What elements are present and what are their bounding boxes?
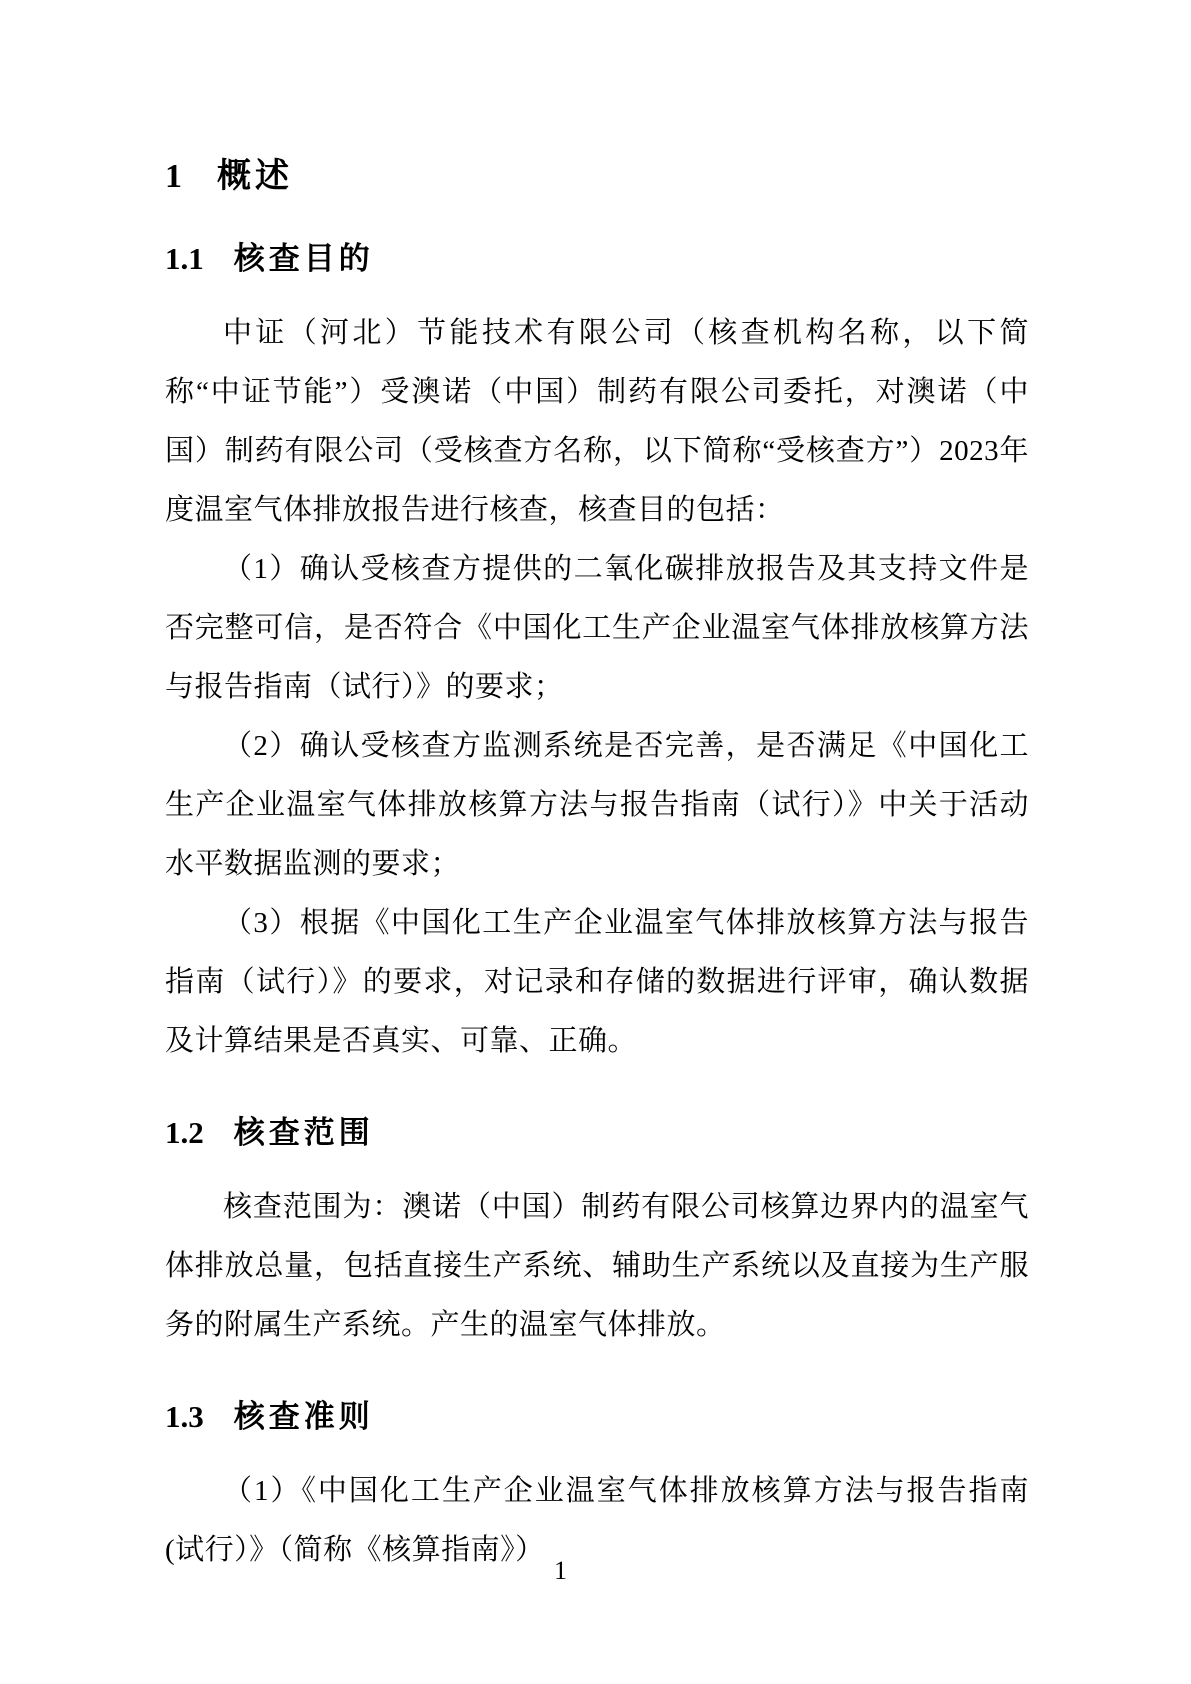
heading-scope-title: 核查范围 xyxy=(234,1115,374,1150)
heading-scope-number: 1.2 xyxy=(165,1115,204,1150)
heading-criteria-number: 1.3 xyxy=(165,1399,204,1434)
document-page: 1概述 1.1核查目的 中证（河北）节能技术有限公司（核查机构名称，以下简称“中… xyxy=(0,0,1191,1684)
heading-overview-number: 1 xyxy=(165,158,183,195)
heading-scope: 1.2核查范围 xyxy=(165,1107,1029,1152)
heading-criteria-title: 核查准则 xyxy=(234,1399,374,1434)
heading-overview-title: 概述 xyxy=(217,157,293,195)
paragraph-purpose-item3: （3）根据《中国化工生产企业温室气体排放核算方法与报告指南（试行）》的要求，对记… xyxy=(165,894,1029,1071)
paragraph-purpose-intro: 中证（河北）节能技术有限公司（核查机构名称，以下简称“中证节能”）受澳诺（中国）… xyxy=(165,304,1029,540)
paragraph-scope: 核查范围为：澳诺（中国）制药有限公司核算边界内的温室气体排放总量，包括直接生产系… xyxy=(165,1178,1029,1355)
paragraph-purpose-item2: （2）确认受核查方监测系统是否完善，是否满足《中国化工生产企业温室气体排放核算方… xyxy=(165,717,1029,894)
heading-purpose: 1.1核查目的 xyxy=(165,233,1029,278)
paragraph-purpose-item1: （1）确认受核查方提供的二氧化碳排放报告及其支持文件是否完整可信，是否符合《中国… xyxy=(165,540,1029,717)
heading-purpose-number: 1.1 xyxy=(165,241,204,276)
heading-overview: 1概述 xyxy=(165,148,1029,197)
heading-criteria: 1.3核查准则 xyxy=(165,1391,1029,1436)
heading-purpose-title: 核查目的 xyxy=(234,241,374,276)
page-number: 1 xyxy=(0,1556,1121,1586)
